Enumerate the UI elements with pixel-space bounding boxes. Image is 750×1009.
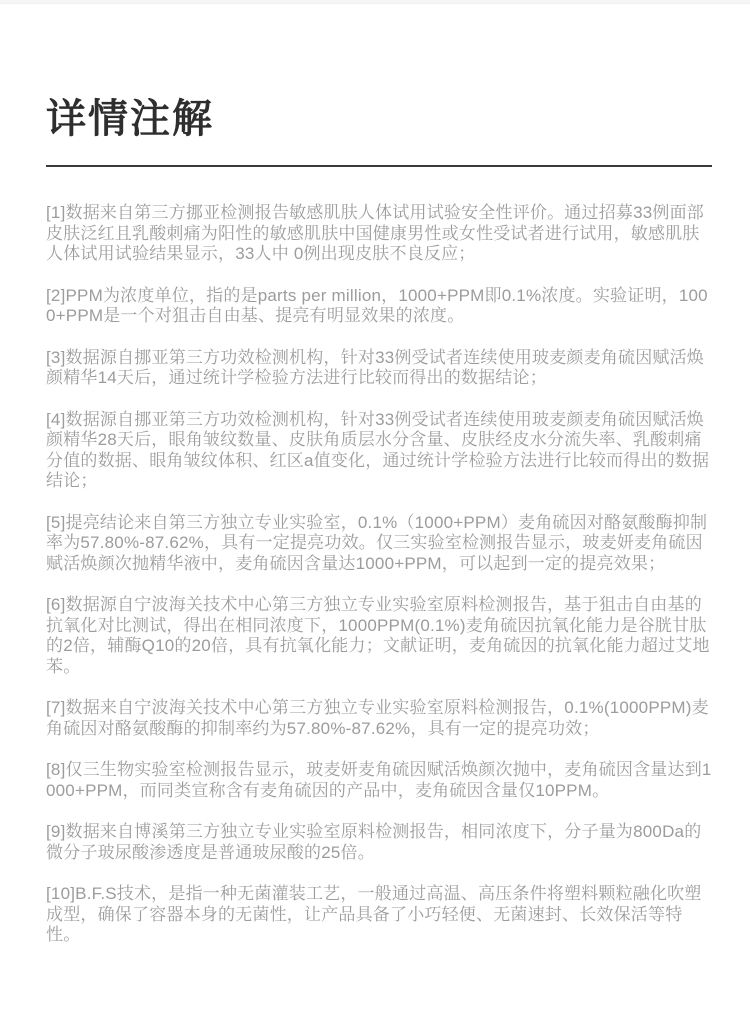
note-paragraph: [2]PPM为浓度单位，指的是parts per million，1000+PP…	[46, 286, 712, 327]
title-divider	[46, 165, 712, 167]
detail-notes-section: 详情注解 [1]数据来自第三方挪亚检测报告敏感肌肤人体试用试验安全性评价。通过招…	[0, 4, 750, 946]
note-paragraph: [7]数据来自宁波海关技术中心第三方独立专业实验室原料检测报告，0.1%(100…	[46, 698, 712, 739]
note-paragraph: [6]数据源自宁波海关技术中心第三方独立专业实验室原料检测报告，基于狙击自由基的…	[46, 595, 712, 677]
note-paragraph: [4]数据源自挪亚第三方功效检测机构，针对33例受试者连续使用玻麦颜麦角硫因赋活…	[46, 410, 712, 492]
note-paragraph: [1]数据来自第三方挪亚检测报告敏感肌肤人体试用试验安全性评价。通过招募33例面…	[46, 203, 712, 265]
note-paragraph: [8]仅三生物实验室检测报告显示，玻麦妍麦角硫因赋活焕颜次抛中，麦角硫因含量达到…	[46, 760, 712, 801]
note-paragraph: [3]数据源自挪亚第三方功效检测机构，针对33例受试者连续使用玻麦颜麦角硫因赋活…	[46, 348, 712, 389]
notes-list: [1]数据来自第三方挪亚检测报告敏感肌肤人体试用试验安全性评价。通过招募33例面…	[46, 203, 712, 946]
note-paragraph: [9]数据来自博溪第三方独立专业实验室原料检测报告，相同浓度下，分子量为800D…	[46, 822, 712, 863]
note-paragraph: [10]B.F.S技术，是指一种无菌灌装工艺，一般通过高温、高压条件将塑料颗粒融…	[46, 884, 712, 946]
note-paragraph: [5]提亮结论来自第三方独立专业实验室，0.1%（1000+PPM）麦角硫因对酪…	[46, 513, 712, 575]
page-title: 详情注解	[46, 4, 712, 141]
